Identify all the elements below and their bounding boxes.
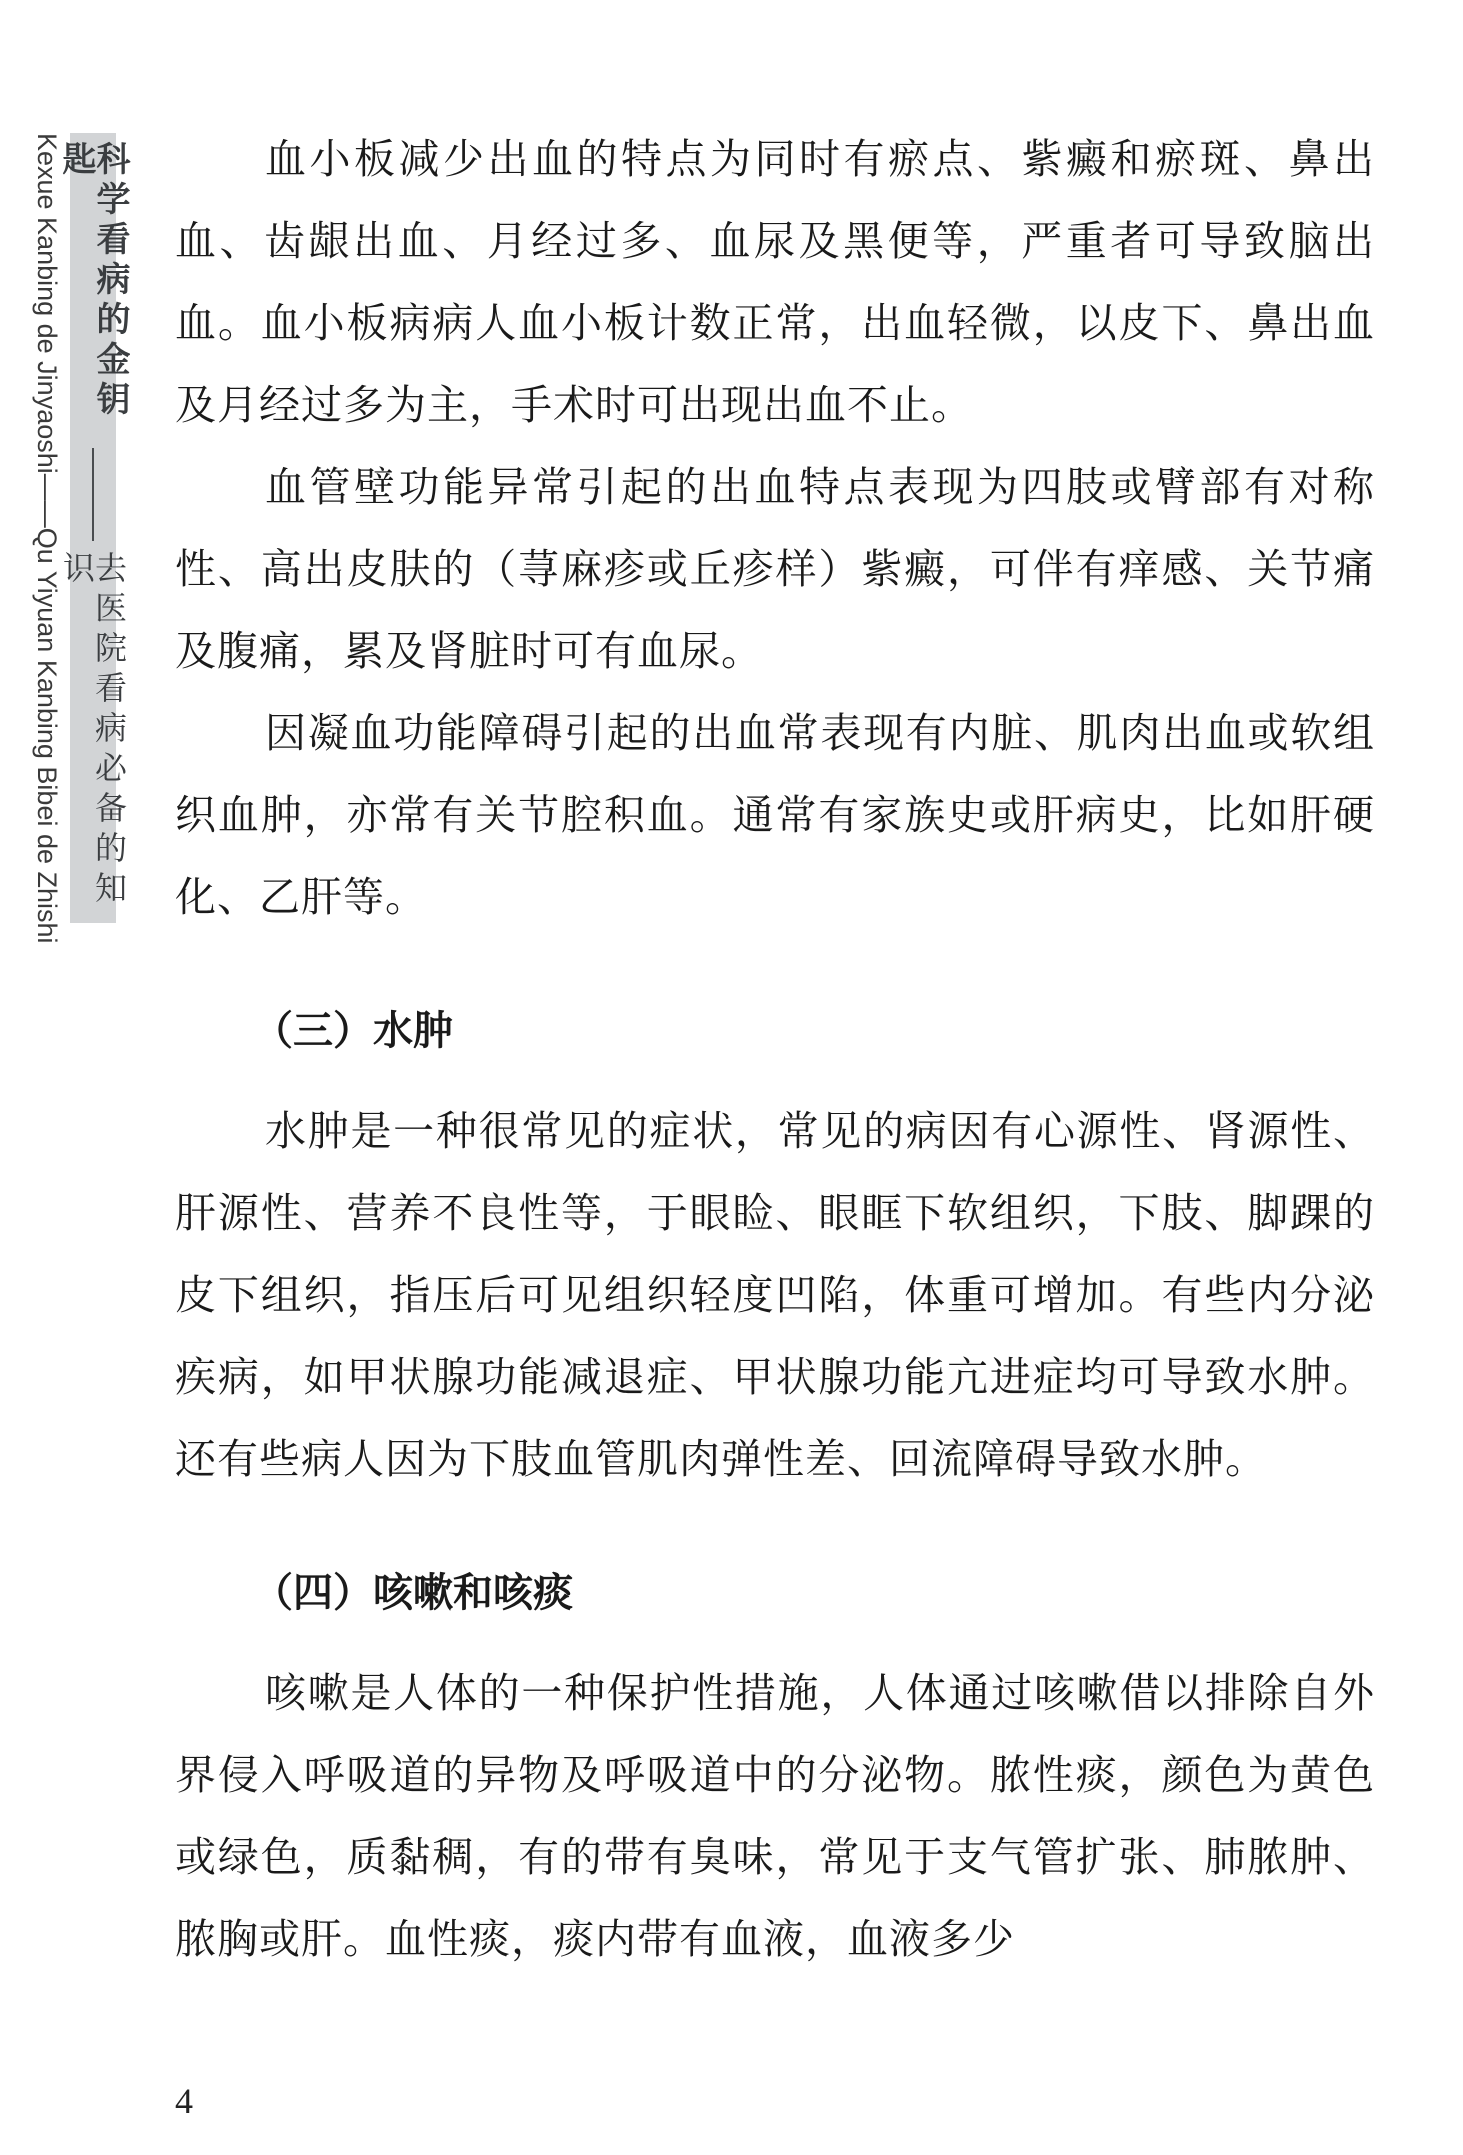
book-subtitle: 去医院看病必备的知识: [61, 551, 125, 923]
spacer: [175, 1500, 1375, 1552]
book-title: 科学看病的金钥匙: [59, 141, 127, 438]
paragraph-coagulation-bleeding: 因凝血功能障碍引起的出血常表现有内脏、肌肉出血或软组织血肿，亦常有关节腔积血。通…: [175, 692, 1375, 938]
paragraph-platelet-bleeding: 血小板减少出血的特点为同时有瘀点、紫癜和瘀斑、鼻出血、齿龈出血、月经过多、血尿及…: [175, 118, 1375, 446]
section-heading-edema: （三）水肿: [175, 990, 1375, 1072]
spacer: [175, 1072, 1375, 1090]
paragraph-vascular-bleeding: 血管壁功能异常引起的出血特点表现为四肢或臂部有对称性、高出皮肤的（荨麻疹或丘疹样…: [175, 446, 1375, 692]
section-heading-cough: （四）咳嗽和咳痰: [175, 1552, 1375, 1634]
title-dash-divider: [92, 448, 94, 541]
spacer: [175, 1634, 1375, 1652]
running-head-band: 科学看病的金钥匙 去医院看病必备的知识: [70, 133, 116, 923]
paragraph-cough: 咳嗽是人体的一种保护性措施，人体通过咳嗽借以排除自外界侵入呼吸道的异物及呼吸道中…: [175, 1652, 1375, 1980]
paragraph-edema: 水肿是一种很常见的症状，常见的病因有心源性、肾源性、肝源性、营养不良性等，于眼睑…: [175, 1090, 1375, 1500]
spacer: [175, 938, 1375, 990]
page-body: 血小板减少出血的特点为同时有瘀点、紫癜和瘀斑、鼻出血、齿龈出血、月经过多、血尿及…: [175, 118, 1375, 1980]
page-number: 4: [175, 2080, 193, 2122]
